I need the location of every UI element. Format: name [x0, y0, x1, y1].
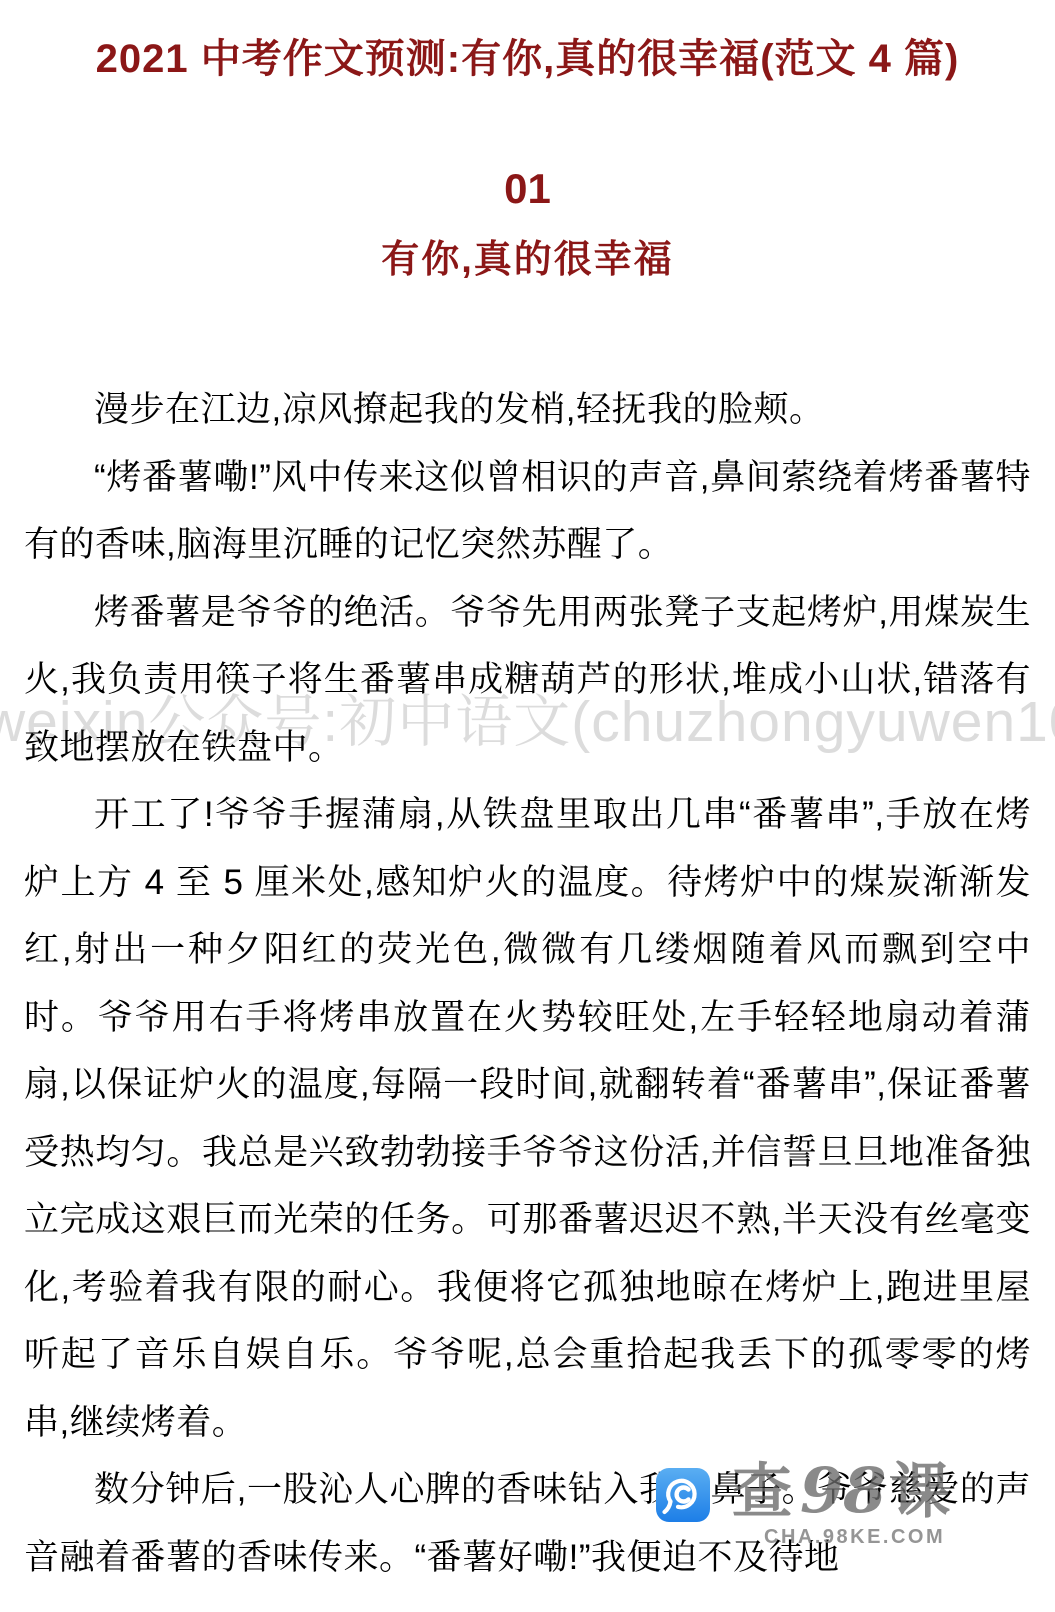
section-number: 01 [0, 164, 1055, 214]
essay-paragraph: “烤番薯嘞!”风中传来这似曾相识的声音,鼻间萦绕着烤番薯特有的香味,脑海里沉睡的… [24, 444, 1031, 579]
brand-char-ke: 课 [890, 1458, 954, 1525]
document-title: 2021 中考作文预测:有你,真的很幸福(范文 4 篇) [36, 30, 1019, 88]
essay-paragraph: 烤番薯是爷爷的绝活。爷爷先用两张凳子支起烤炉,用煤炭生火,我负责用筷子将生番薯串… [24, 579, 1031, 782]
cha98ke-brand-text: 查98课 [732, 1461, 954, 1522]
essay-paragraph: 开工了!爷爷手握蒲扇,从铁盘里取出几串“番薯串”,手放在烤炉上方 4 至 5 厘… [24, 781, 1031, 1456]
brand-char-cha: 查 [732, 1458, 796, 1525]
cha98ke-logo: 查98课 CHA.98KE.COM [656, 1425, 996, 1548]
document-page: weixin公众号:初中语文(chuzhongyuwen1000 2021 中考… [0, 0, 1055, 1612]
essay-paragraph: 漫步在江边,凉风撩起我的发梢,轻抚我的脸颊。 [24, 376, 1031, 444]
brand-number-98: 98 [796, 1454, 890, 1527]
cha98ke-spiral-icon [656, 1468, 710, 1522]
cha98ke-domain-text: CHA.98KE.COM [764, 1526, 996, 1548]
section-title: 有你,真的很幸福 [0, 236, 1055, 284]
document-content: 2021 中考作文预测:有你,真的很幸福(范文 4 篇) 01 有你,真的很幸福… [0, 30, 1055, 1591]
essay-body: 漫步在江边,凉风撩起我的发梢,轻抚我的脸颊。 “烤番薯嘞!”风中传来这似曾相识的… [24, 376, 1031, 1591]
